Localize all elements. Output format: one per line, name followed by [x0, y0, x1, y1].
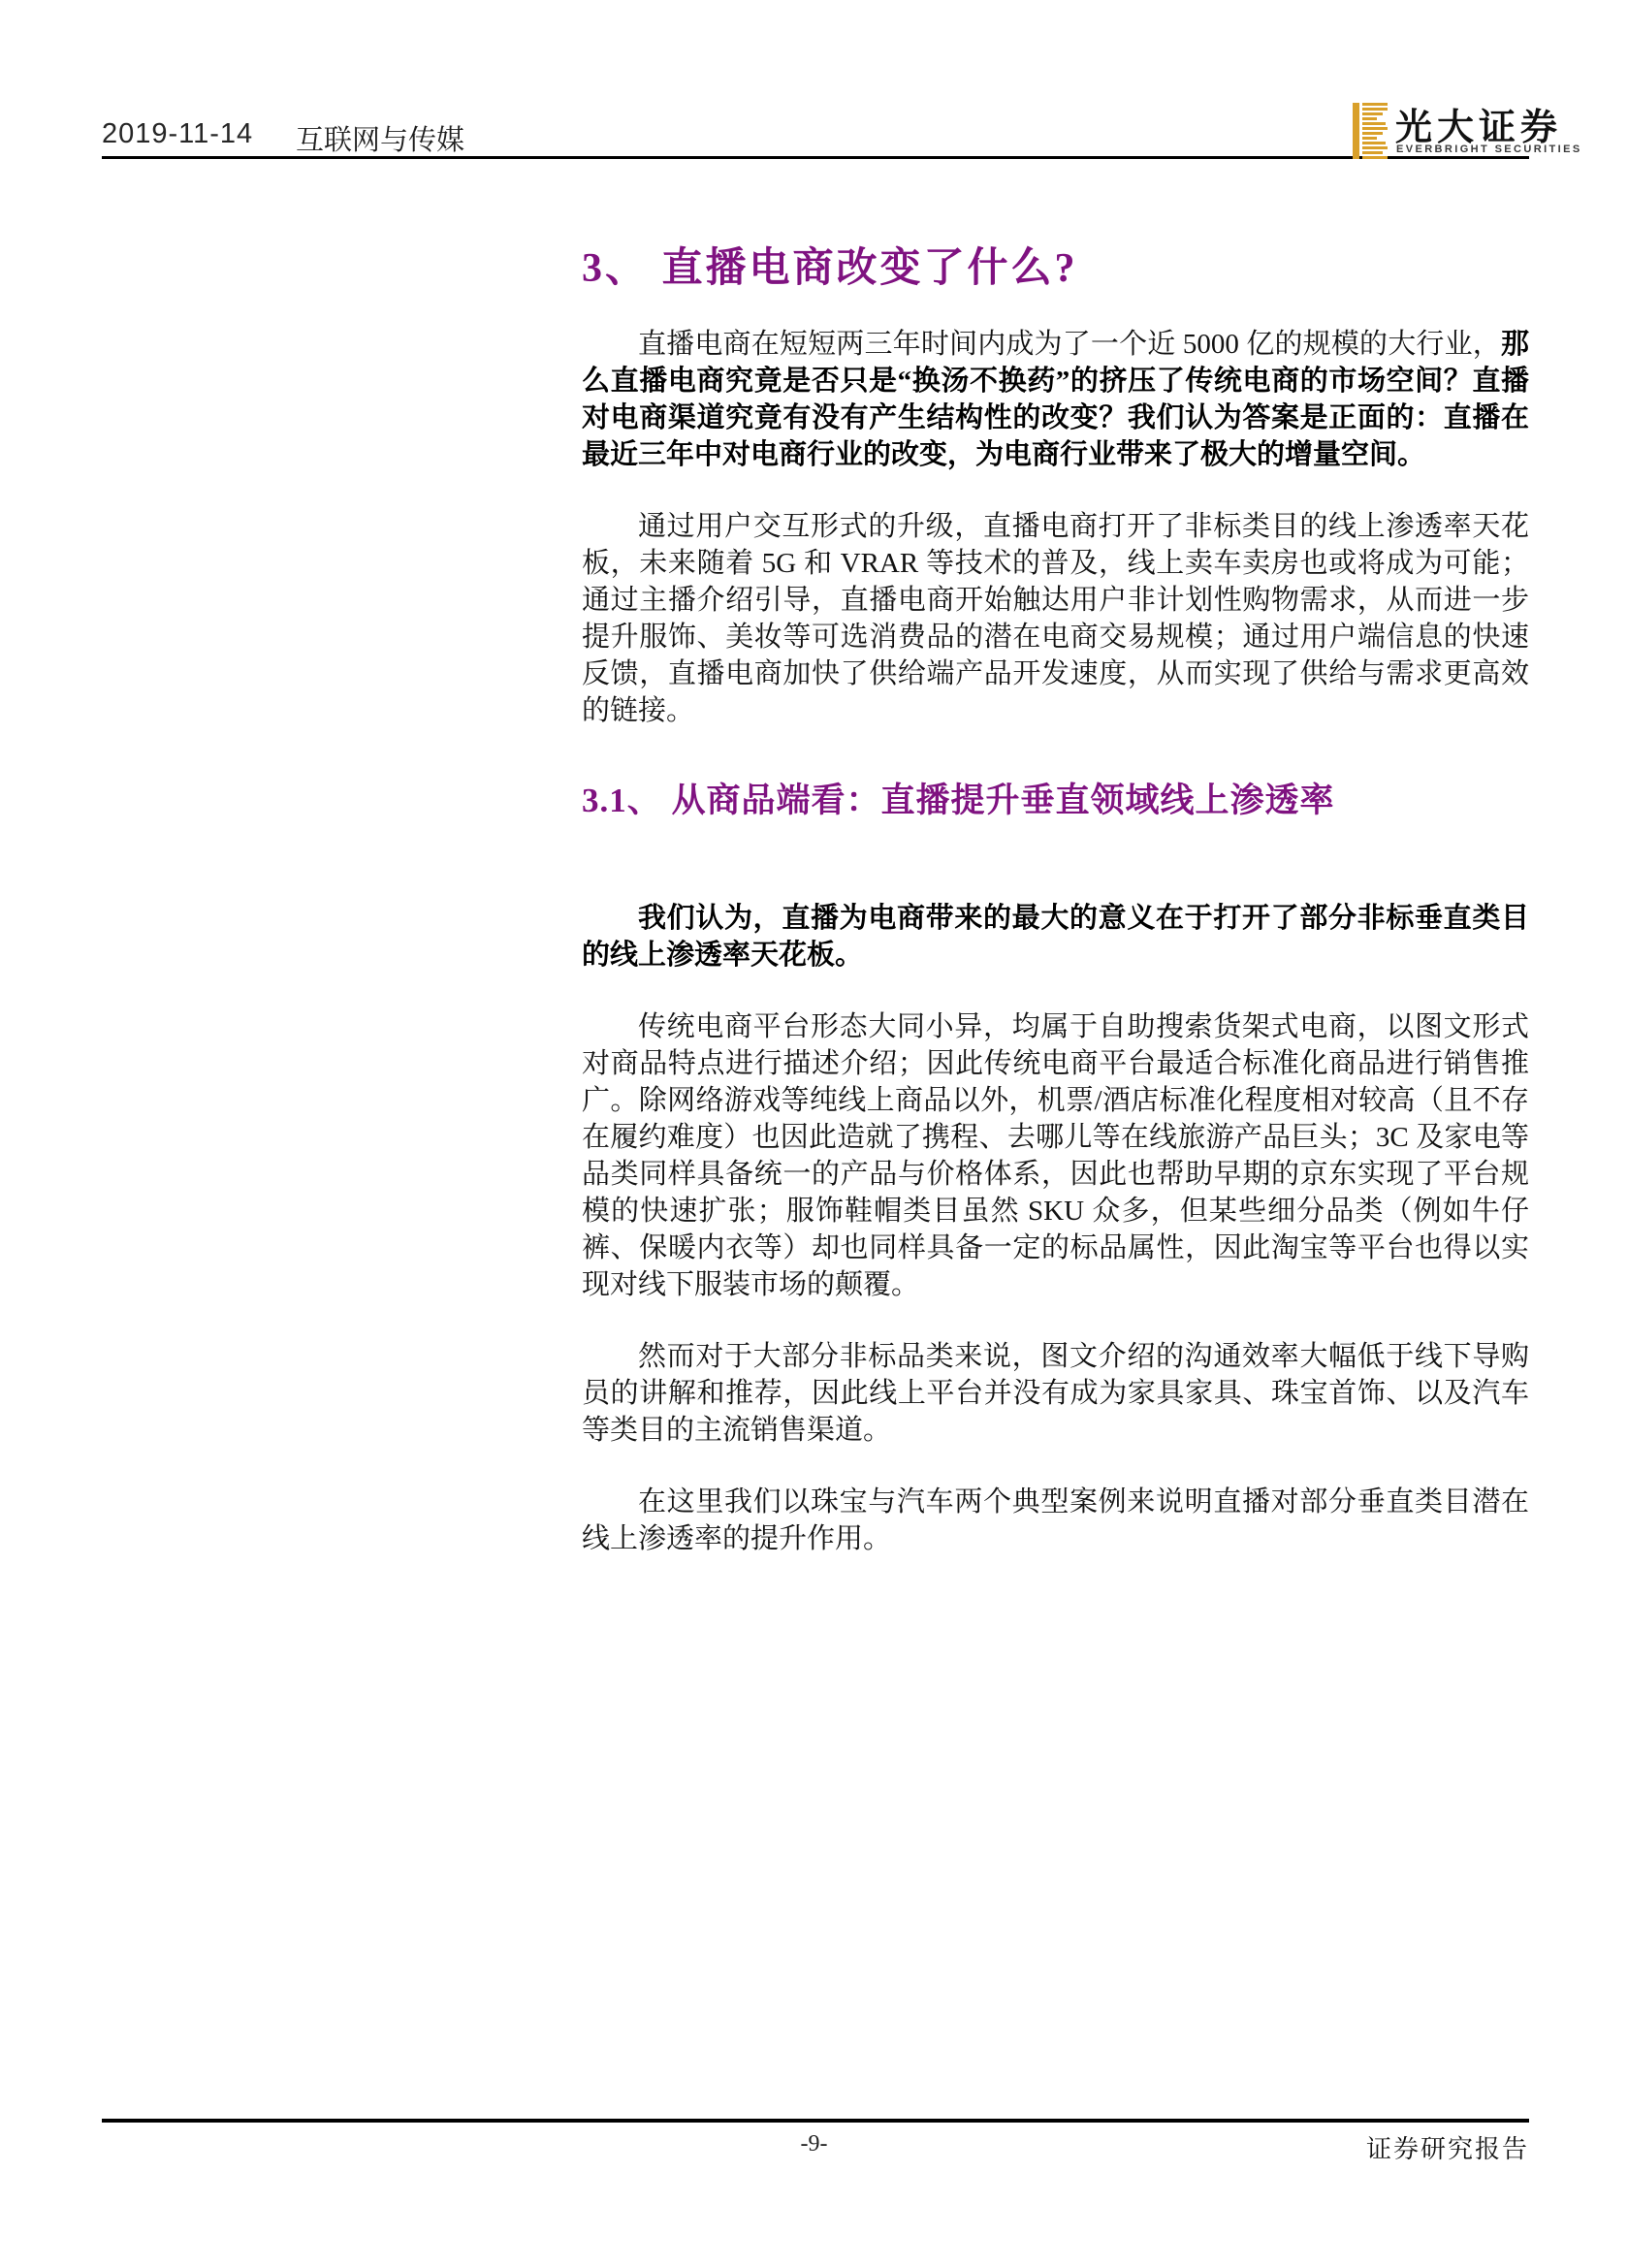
- footer-divider: [102, 2119, 1529, 2123]
- section-3-1-title: 3.1、 从商品端看：直播提升垂直领域线上渗透率: [582, 780, 1529, 822]
- report-category: 互联网与传媒: [296, 118, 464, 158]
- paragraph-traditional-ecommerce: 传统电商平台形态大同小异，均属于自助搜索货架式电商，以图文形式对商品特点进行描述…: [582, 1008, 1529, 1303]
- report-body: 3、 直播电商改变了什么? 直播电商在短短两三年时间内成为了一个近 5000 亿…: [582, 0, 1529, 1592]
- paragraph-case-intro: 在这里我们以珠宝与汽车两个典型案例来说明直播对部分垂直类目潜在线上渗透率的提升作…: [582, 1484, 1529, 1557]
- section-3-title: 3、 直播电商改变了什么?: [582, 244, 1529, 293]
- paragraph-key-view: 我们认为，直播为电商带来的最大的意义在于打开了部分非标垂直类目的线上渗透率天花板…: [582, 900, 1529, 974]
- footer-report-type: 证券研究报告: [1366, 2129, 1529, 2165]
- paragraph-intro-lead: 直播电商在短短两三年时间内成为了一个近 5000 亿的规模的大行业，: [638, 329, 1501, 360]
- paragraph-section3-intro: 直播电商在短短两三年时间内成为了一个近 5000 亿的规模的大行业，那么直播电商…: [582, 326, 1529, 473]
- paragraph-interaction-upgrade: 通过用户交互形式的升级，直播电商打开了非标类目的线上渗透率天花板，未来随着 5G…: [582, 508, 1529, 729]
- report-page: 2019-11-14 互联网与传媒 光大证券 EVERBRIGHT SECUR: [0, 0, 1628, 2268]
- paragraph-nonstandard-categories: 然而对于大部分非标品类来说，图文介绍的沟通效率大幅低于线下导购员的讲解和推荐，因…: [582, 1338, 1529, 1449]
- report-date: 2019-11-14: [102, 118, 253, 150]
